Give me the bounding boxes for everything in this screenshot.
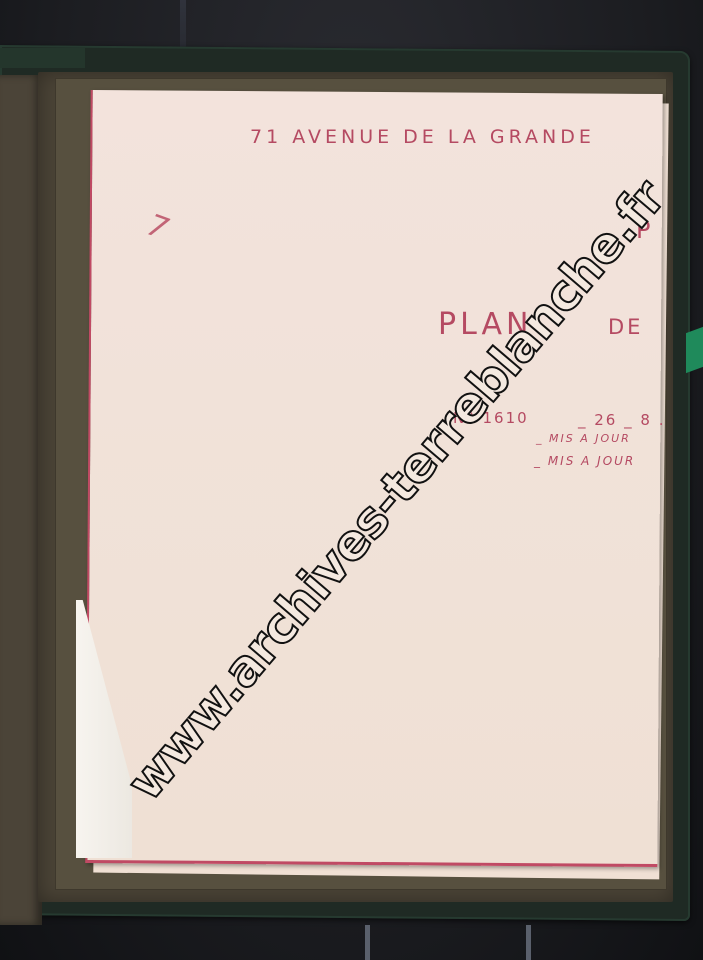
ruler-mark-left [365,925,370,960]
ruler-mark-right [526,925,531,960]
scanner-streak [180,0,186,50]
scan-canvas: 71 AVENUE DE LA GRANDE 7 P PLAN DE N° 16… [0,0,703,960]
address-line: 71 AVENUE DE LA GRANDE [250,126,595,148]
plan-de-label: DE [608,315,643,339]
binder-spine [0,48,85,68]
document-date: _ 26 _ 8 . [578,411,665,429]
binder-tab [686,327,703,373]
update-note-2: _ MIS A JOUR [534,454,635,468]
left-board [0,75,42,925]
update-note-1: _ MIS A JOUR [536,432,631,445]
